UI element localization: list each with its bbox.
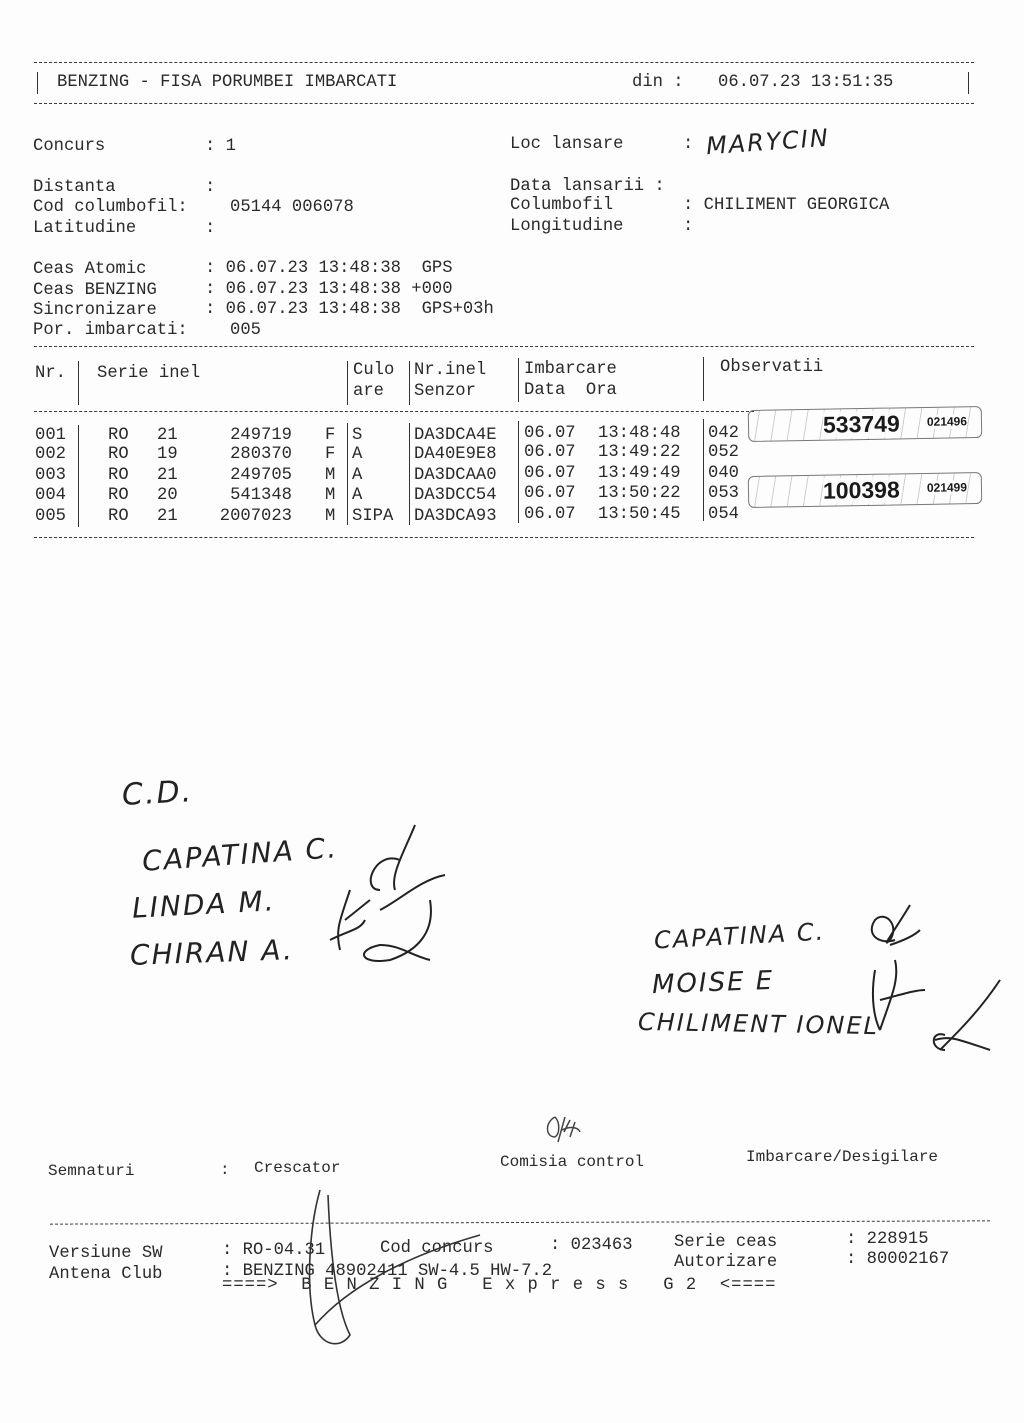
cell-time: 13:48:48	[598, 424, 681, 445]
cell-ring-number: 2007023	[200, 507, 292, 528]
cell-date: 06.07	[524, 464, 576, 485]
ceas-atomic-value: : 06.07.23 13:48:38 GPS	[205, 259, 453, 280]
footer-rule	[50, 1220, 990, 1224]
cell-country: RO	[108, 445, 129, 466]
col-divider-sensor-body	[409, 423, 410, 525]
col-header-nr-inel-1: Nr.inel	[414, 361, 486, 382]
cell-color: A	[352, 486, 362, 507]
crescator-label: Crescator	[254, 1158, 340, 1179]
cell-nr: 003	[35, 466, 66, 487]
header-din-label: din :	[632, 73, 684, 94]
cell-country: RO	[108, 507, 129, 528]
signature-mark	[290, 1185, 490, 1371]
col-divider-obs-body	[703, 419, 704, 521]
cell-sex: F	[325, 426, 335, 447]
table-top-rule	[34, 346, 974, 347]
cell-date: 06.07	[524, 505, 576, 526]
seal-sticker: 533749 021496	[748, 406, 983, 442]
cell-observatii: 053	[708, 484, 739, 505]
antena-club-label: Antena Club	[49, 1265, 162, 1286]
table-bottom-rule	[34, 537, 974, 538]
cell-time: 13:49:49	[598, 464, 681, 485]
cell-date: 06.07	[524, 484, 576, 505]
seal-sticker-code: 021496	[927, 414, 967, 429]
longitudine-value: :	[683, 217, 693, 238]
col-header-culoare-1: Culo	[353, 361, 394, 382]
autorizare-label: Autorizare	[674, 1253, 777, 1274]
autorizare-value: : 80002167	[846, 1250, 949, 1271]
cell-sensor-id: DA3DCA93	[414, 507, 497, 528]
cell-country: RO	[108, 426, 129, 447]
cell-year: 21	[157, 466, 178, 487]
distanta-value: :	[205, 178, 215, 199]
col-divider-nr	[78, 361, 79, 405]
cell-observatii: 054	[708, 505, 739, 526]
col-divider-serie	[347, 361, 348, 405]
seal-sticker: 100398 021499	[748, 472, 983, 508]
cell-color: SIPA	[352, 507, 393, 528]
cell-nr: 002	[35, 445, 66, 466]
signature-mark	[320, 820, 460, 986]
cell-sex: M	[325, 486, 335, 507]
cell-sex: M	[325, 507, 335, 528]
cell-ring-number: 249705	[200, 466, 292, 487]
cod-columbofil-label: Cod columbofil:	[33, 198, 188, 219]
cell-color: A	[352, 466, 362, 487]
distanta-label: Distanta	[33, 178, 116, 199]
cell-year: 21	[157, 426, 178, 447]
col-header-nr-inel-2: Senzor	[414, 382, 476, 403]
col-header-imbarcare-1: Imbarcare	[524, 360, 617, 381]
header-bottom-rule	[34, 103, 974, 104]
col-divider-imbarcare-body	[518, 421, 519, 523]
cell-date: 06.07	[524, 443, 576, 464]
cell-color: S	[352, 426, 362, 447]
cod-concurs-value: : 023463	[550, 1236, 633, 1257]
handwritten-right-name-1: CAPATINA C.	[653, 918, 825, 955]
col-header-culoare-2: are	[353, 382, 384, 403]
handwritten-left-name-1: CAPATINA C.	[141, 831, 339, 878]
cell-sex: M	[325, 466, 335, 487]
cell-nr: 001	[35, 426, 66, 447]
seal-sticker-number: 533749	[823, 410, 900, 438]
cell-time: 13:50:22	[598, 484, 681, 505]
versiune-sw-label: Versiune SW	[49, 1244, 162, 1265]
cell-ring-number: 541348	[200, 486, 292, 507]
col-header-serie-inel: Serie inel	[97, 364, 200, 385]
seal-sticker-number: 100398	[823, 476, 900, 504]
col-header-imbarcare-2: Data Ora	[524, 381, 617, 402]
semnaturi-label: Semnaturi	[48, 1161, 134, 1182]
col-divider-culoare	[409, 361, 410, 405]
handwritten-right-name-2: MOISE E	[652, 966, 775, 1000]
cell-year: 21	[157, 507, 178, 528]
semnaturi-colon: :	[220, 1160, 230, 1181]
col-divider-culoare-body	[347, 423, 348, 525]
serie-ceas-value: : 228915	[846, 1230, 929, 1251]
cell-sensor-id: DA3DCAA0	[414, 466, 497, 487]
cell-country: RO	[108, 466, 129, 487]
ceas-atomic-label: Ceas Atomic	[33, 260, 146, 281]
cell-nr: 004	[35, 486, 66, 507]
col-divider-imbarcare	[703, 357, 704, 401]
latitudine-value: :	[205, 219, 215, 240]
cod-columbofil-value: 05144 006078	[230, 198, 354, 219]
imbarcare-desigilare-label: Imbarcare/Desigilare	[746, 1147, 938, 1168]
signature-mark	[860, 900, 1020, 1066]
header-print-datetime: 06.07.23 13:51:35	[718, 73, 893, 94]
cell-sex: F	[325, 445, 335, 466]
cell-ring-number: 249719	[200, 426, 292, 447]
col-header-observatii: Observatii	[720, 358, 823, 379]
longitudine-label: Longitudine	[510, 217, 623, 238]
signature-mark	[540, 1112, 590, 1154]
loc-lansare-colon: :	[683, 135, 693, 156]
handwritten-right-name-3: CHILIMENT IONEL	[638, 1008, 879, 1040]
cell-time: 13:49:22	[598, 443, 681, 464]
handwritten-left-name-2: LINDA M.	[131, 884, 276, 924]
por-imbarcati-value: 005	[230, 321, 261, 342]
cell-time: 13:50:45	[598, 505, 681, 526]
header-left-bar	[37, 72, 38, 94]
cell-ring-number: 280370	[200, 445, 292, 466]
ceas-benzing-value: : 06.07.23 13:48:38 +000	[205, 280, 453, 301]
cell-nr: 005	[35, 507, 66, 528]
latitudine-label: Latitudine	[33, 219, 136, 240]
loc-lansare-handwritten: MARYCIN	[705, 124, 830, 161]
cell-country: RO	[108, 486, 129, 507]
sincronizare-value: : 06.07.23 13:48:38 GPS+03h	[205, 300, 494, 321]
cell-observatii: 042	[708, 424, 739, 445]
sincronizare-label: Sincronizare	[33, 301, 157, 322]
cell-sensor-id: DA3DCC54	[414, 486, 497, 507]
concurs-value: : 1	[205, 137, 236, 158]
seal-sticker-code: 021499	[927, 480, 967, 495]
col-header-nr: Nr.	[35, 364, 66, 385]
ceas-benzing-label: Ceas BENZING	[33, 281, 157, 302]
cell-year: 19	[157, 445, 178, 466]
loc-lansare-label: Loc lansare	[510, 135, 623, 156]
cell-sensor-id: DA40E9E8	[414, 445, 497, 466]
cell-color: A	[352, 445, 362, 466]
cell-observatii: 040	[708, 464, 739, 485]
data-lansarii-label: Data lansarii :	[510, 177, 665, 198]
cell-year: 20	[157, 486, 178, 507]
comisia-control-label: Comisia control	[500, 1152, 644, 1173]
table-header-rule	[34, 411, 754, 412]
col-divider-nr-body	[78, 425, 79, 527]
cell-sensor-id: DA3DCA4E	[414, 426, 497, 447]
columbofil-label: Columbofil	[510, 196, 613, 217]
handwritten-cd-title: C.D.	[121, 774, 194, 813]
concurs-label: Concurs	[33, 137, 105, 158]
col-divider-sensor	[518, 358, 519, 402]
header-right-bar	[968, 72, 969, 94]
columbofil-value: : CHILIMENT GEORGICA	[683, 196, 889, 217]
por-imbarcati-label: Por. imbarcati:	[33, 321, 188, 342]
cell-date: 06.07	[524, 424, 576, 445]
handwritten-left-name-3: CHIRAN A.	[129, 933, 294, 972]
header-top-rule	[34, 62, 974, 63]
cell-observatii: 052	[708, 443, 739, 464]
document-title: BENZING - FISA PORUMBEI IMBARCATI	[57, 73, 397, 94]
serie-ceas-label: Serie ceas	[674, 1233, 777, 1254]
